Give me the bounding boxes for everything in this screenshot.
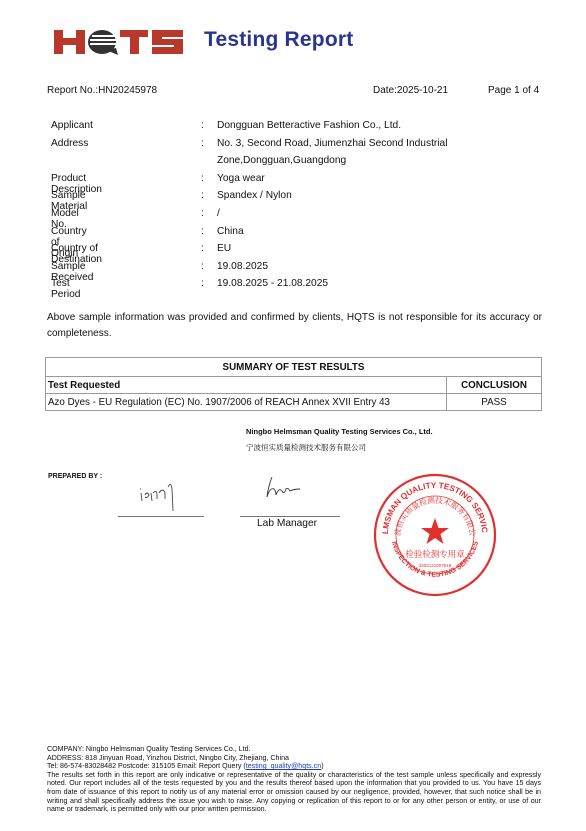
summary-table: SUMMARY OF TEST RESULTS Test Requested C… <box>45 357 542 411</box>
info-colon: : <box>201 190 204 201</box>
sample-disclaimer: Above sample information was provided an… <box>47 310 542 342</box>
footer-company: COMPANY: Ningbo Helmsman Quality Testing… <box>47 745 541 754</box>
manager-signature-line <box>240 516 340 517</box>
info-value: Dongguan Betteractive Fashion Co., Ltd. <box>217 120 401 131</box>
report-date: Date:2025-10-21 <box>373 85 448 96</box>
info-colon: : <box>201 261 204 272</box>
info-colon: : <box>201 208 204 219</box>
prepared-by-label: PREPARED BY : <box>48 473 102 480</box>
lab-manager-signature <box>262 473 312 503</box>
info-colon: : <box>201 243 204 254</box>
info-colon: : <box>201 173 204 184</box>
info-value: EU <box>217 243 231 254</box>
summary-caption: SUMMARY OF TEST RESULTS <box>46 358 542 377</box>
test-name: Azo Dyes - EU Regulation (EC) No. 1907/2… <box>46 394 447 411</box>
info-colon: : <box>201 226 204 237</box>
preparer-signature-line <box>118 516 204 517</box>
test-conclusion: PASS <box>447 394 542 411</box>
info-label: Address <box>51 138 88 149</box>
col-test-requested: Test Requested <box>46 377 447 394</box>
footer: COMPANY: Ningbo Helmsman Quality Testing… <box>47 745 541 814</box>
footer-terms: The results set forth in this report are… <box>47 771 541 814</box>
report-number: Report No.:HN20245978 <box>47 85 157 96</box>
info-colon: : <box>201 138 204 149</box>
info-colon: : <box>201 278 204 289</box>
info-value: China <box>217 226 244 237</box>
info-colon: : <box>201 120 204 131</box>
signatory-company-cn: 宁波恒实质量检测技术服务有限公司 <box>246 442 366 453</box>
info-value: 19.08.2025 - 21.08.2025 <box>217 278 328 289</box>
report-title: Testing Report <box>204 28 353 52</box>
footer-contact: Tel: 86-574-83028482 Postcode: 315105 Em… <box>47 762 541 771</box>
star-icon <box>421 518 449 544</box>
info-label: Test Period <box>51 278 80 300</box>
info-value: / <box>217 208 220 219</box>
signatory-company-en: Ningbo Helmsman Quality Testing Services… <box>246 427 433 436</box>
info-value: No. 3, Second Road, Jiumenzhai Second In… <box>217 138 448 149</box>
signatory-role: Lab Manager <box>257 518 317 529</box>
info-value: 19.08.2025 <box>217 261 268 272</box>
info-value: Yoga wear <box>217 173 265 184</box>
info-value: Spandex / Nylon <box>217 190 292 201</box>
page-indicator: Page 1 of 4 <box>488 85 539 96</box>
info-label: Applicant <box>51 120 93 131</box>
footer-address: ADDRESS: 818 Jinyuan Road, Yinzhou Distr… <box>47 754 541 763</box>
email-link[interactable]: testing_quality@hqts.cn <box>246 762 321 770</box>
company-seal-stamp: NINGBO HELMSMAN QUALITY TESTING SERVICES… <box>370 470 500 600</box>
preparer-signature <box>135 475 180 515</box>
col-conclusion: CONCLUSION <box>447 377 542 394</box>
table-row: Azo Dyes - EU Regulation (EC) No. 1907/2… <box>46 394 542 411</box>
info-value: Zone,Dongguan,Guangdong <box>217 155 346 166</box>
stamp-center-cn: 检验检测专用章 <box>405 549 465 560</box>
hqts-logo <box>54 28 184 56</box>
stamp-serial: 3302121007918 <box>419 563 452 568</box>
